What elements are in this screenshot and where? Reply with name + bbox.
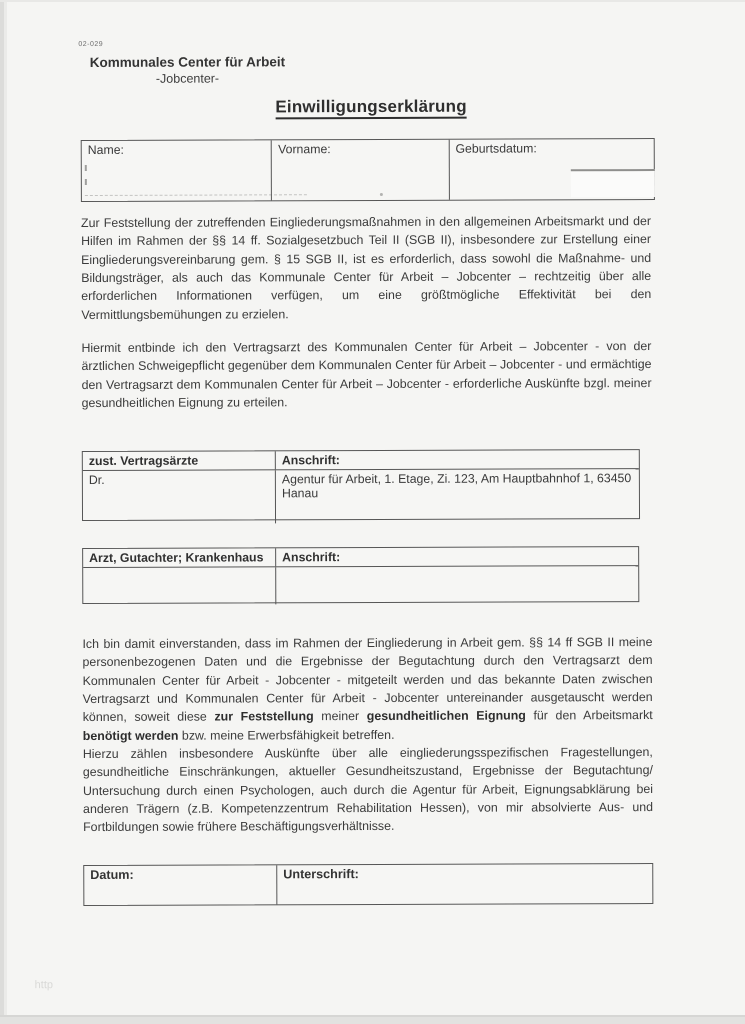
- table-row: Name: Vorname: Geburtsdatum:: [82, 139, 654, 201]
- name-label: Name:: [88, 143, 124, 157]
- table-row: Dr. Agentur für Arbeit, 1. Etage, Zi. 12…: [83, 469, 639, 524]
- table-row: [83, 566, 638, 605]
- date-field-cell: Datum:: [84, 865, 276, 905]
- examiner-name-cell: [83, 567, 275, 605]
- scan-artifact: [380, 193, 383, 196]
- consent-segment: bzw. meine Erwerbsfähigkeit betreffen.: [178, 728, 394, 743]
- scan-artifact: [85, 179, 87, 185]
- consent-paragraph-text: Ich bin damit einverstanden, dass im Rah…: [82, 633, 652, 745]
- document-title: Einwilligungserklärung: [0, 96, 744, 119]
- org-name: Kommunales Center für Arbeit: [82, 54, 292, 70]
- signature-table: Datum: Unterschrift:: [83, 863, 653, 906]
- date-label: Datum:: [90, 868, 133, 882]
- org-subtitle: -Jobcenter-: [82, 71, 292, 86]
- form-code: 02-029: [78, 41, 103, 48]
- signature-field-cell: Unterschrift:: [276, 864, 652, 904]
- doctor-table-col1-header: zust. Vertragsärzte: [83, 451, 275, 470]
- geburtsdatum-label: Geburtsdatum:: [455, 141, 536, 155]
- name-field-cell: Name:: [82, 140, 272, 201]
- consent-segment: meiner: [314, 709, 367, 723]
- vorname-field-cell: Vorname:: [271, 140, 449, 201]
- consent-segment-bold: gesundheitlichen Eignung: [367, 709, 526, 724]
- document-content: 02-029 Kommunales Center für Arbeit -Job…: [0, 0, 745, 1024]
- letterhead: Kommunales Center für Arbeit -Jobcenter-: [82, 54, 292, 86]
- consent-segment-bold: benötigt werden: [83, 728, 179, 742]
- doctor-address-cell: Agentur für Arbeit, 1. Etage, Zi. 123, A…: [275, 469, 639, 523]
- table-header-row: zust. Vertragsärzte Anschrift:: [83, 450, 639, 471]
- geburtsdatum-field-cell: Geburtsdatum:: [448, 139, 653, 200]
- examiner-table-col2-header: Anschrift:: [275, 547, 638, 566]
- contract-doctor-table: zust. Vertragsärzte Anschrift: Dr. Agent…: [82, 449, 640, 521]
- examiner-table-col1-header: Arzt, Gutachter; Krankenhaus: [83, 548, 275, 567]
- consent-details-text: Hierzu zählen insbesondere Auskünfte übe…: [83, 743, 653, 837]
- doctor-table-col2-header: Anschrift:: [275, 450, 639, 469]
- scan-artifact: [85, 165, 87, 171]
- scanned-document-page: 02-029 Kommunales Center für Arbeit -Job…: [0, 0, 745, 1024]
- personal-data-table: Name: Vorname: Geburtsdatum:: [81, 138, 655, 202]
- examiner-address-cell: [275, 566, 638, 604]
- table-row: Datum: Unterschrift:: [84, 864, 652, 905]
- intro-paragraph-text: Zur Feststellung der zutreffenden Eingli…: [81, 212, 651, 324]
- faint-watermark: http: [35, 979, 53, 991]
- intro-paragraph: Zur Feststellung der zutreffenden Eingli…: [81, 212, 651, 324]
- redaction-line: [571, 169, 655, 197]
- document-title-text: Einwilligungserklärung: [275, 97, 467, 120]
- release-paragraph-text: Hiermit entbinde ich den Vertragsarzt de…: [81, 337, 651, 412]
- consent-paragraph: Ich bin damit einverstanden, dass im Rah…: [82, 633, 653, 837]
- vorname-label: Vorname:: [278, 142, 331, 156]
- signature-label: Unterschrift:: [283, 867, 359, 881]
- consent-segment-bold: zur Feststellung: [214, 710, 313, 724]
- table-header-row: Arzt, Gutachter; Krankenhaus Anschrift:: [83, 547, 638, 568]
- doctor-name-cell: Dr.: [83, 470, 275, 524]
- release-paragraph: Hiermit entbinde ich den Vertragsarzt de…: [81, 337, 651, 412]
- examiner-table: Arzt, Gutachter; Krankenhaus Anschrift:: [82, 546, 639, 604]
- consent-segment: für den Arbeitsmarkt: [526, 708, 653, 722]
